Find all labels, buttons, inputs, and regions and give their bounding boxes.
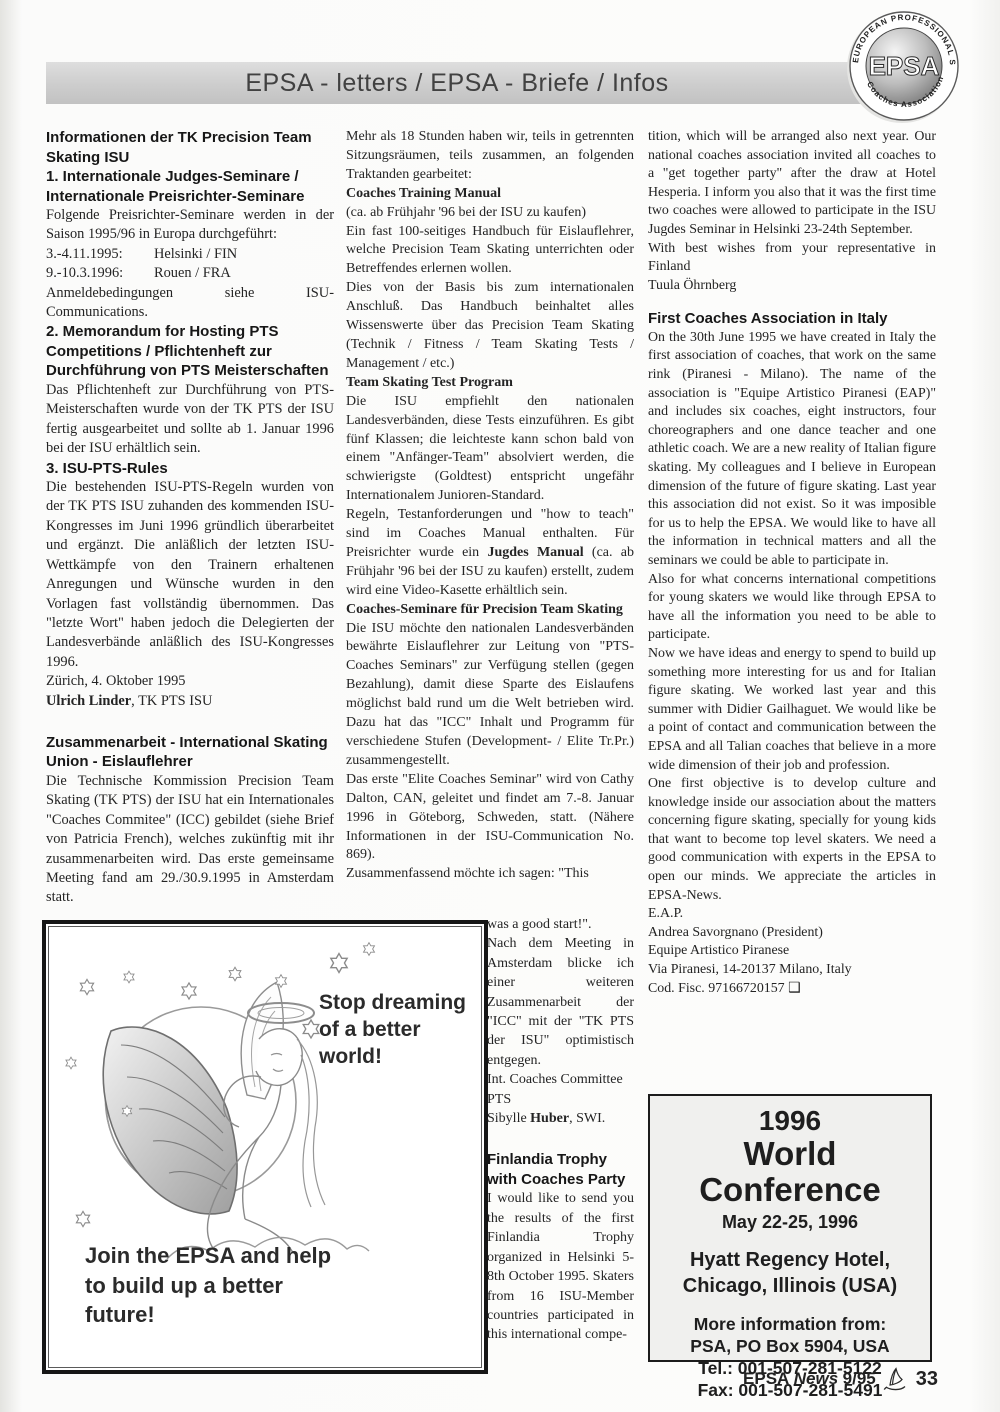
logo-monogram: EPSA (869, 51, 940, 81)
column-3: tition, which will be arranged also next… (648, 128, 936, 1088)
angel-head (256, 1029, 302, 1086)
star-icon (229, 967, 241, 981)
page-footer: EPSA News 9/95 33 (640, 1367, 938, 1391)
paragraph: Also for what concerns international com… (648, 571, 936, 645)
paragraph: Nach dem Meeting in Amsterdam blicke ich… (487, 934, 634, 1070)
paragraph: Anmeldebedingungen siehe ISU-Communicati… (46, 284, 334, 323)
signature-role: , TK PTS ISU (131, 693, 212, 709)
signature: Tuula Öhrnberg (648, 277, 936, 296)
signature: Sibylle Huber, SWI. (487, 1109, 634, 1128)
paragraph: Now we have ideas and energy to spend to… (648, 645, 936, 775)
section-title: Finlandia Trophy with Coaches Party (487, 1150, 634, 1189)
subheading: Team Skating Test Program (346, 374, 634, 393)
paragraph: Die Technische Kommission Precision Team… (46, 772, 334, 908)
signature-role: , SWI. (569, 1111, 605, 1126)
seminar-date: 9.-10.3.1996: (46, 264, 154, 283)
newsletter-page: EPSA - letters / EPSA - Briefe / Infos E… (0, 0, 1000, 1412)
star-icon (80, 979, 93, 994)
star-icon (124, 971, 134, 983)
epsa-membership-ad: Stop dreaming of a better world! Join th… (42, 920, 488, 1374)
contact-line: Andrea Savorgnano (President) (648, 924, 936, 943)
world-conference-box: 1996 World Conference May 22-25, 1996 Hy… (648, 1094, 932, 1362)
paragraph: Dies von der Basis bis zum international… (346, 279, 634, 374)
subheading: 3. ISU-PTS-Rules (46, 459, 334, 479)
paragraph: (ca. ab Frühjahr '96 bei der ISU zu kauf… (346, 204, 634, 223)
footer-news-label: News (794, 1369, 838, 1389)
footer-issue: 9/95 (843, 1369, 876, 1389)
conference-year: 1996 (650, 1106, 930, 1136)
paragraph: Die ISU möchte den nationalen Landesverb… (346, 620, 634, 771)
contact-line: Via Piranesi, 14-20137 Milano, Italy (648, 961, 936, 980)
wing-left (103, 1027, 237, 1214)
conference-title: World Conference (650, 1136, 930, 1208)
section-title: Informationen der TK Precision Team Skat… (46, 128, 334, 167)
venue-line: Chicago, Illinois (USA) (650, 1273, 930, 1299)
footer-brand: EPSA (743, 1369, 789, 1389)
paragraph: Regeln, Testanforderungen und "how to te… (346, 506, 634, 601)
ad-call-to-action: Join the EPSA and help to build up a bet… (85, 1241, 335, 1330)
signature-text: Sibylle (487, 1111, 530, 1126)
star-icon (66, 1057, 76, 1069)
paragraph: Mehr als 18 Stunden haben wir, teils in … (346, 128, 634, 185)
seminar-date-row: 3.-4.11.1995:Helsinki / FIN (46, 245, 334, 264)
paragraph: Die bestehenden ISU-PTS-Regeln wurden vo… (46, 478, 334, 672)
paragraph: Int. Coaches Committee PTS (487, 1070, 634, 1109)
subheading: 1. Internationale Judges-Seminare / Inte… (46, 167, 334, 206)
header-bar: EPSA - letters / EPSA - Briefe / Infos (46, 62, 868, 104)
signature: E.A.P. (648, 905, 936, 924)
paragraph: Das Pflichtenheft zur Durchführung von P… (46, 381, 334, 459)
paragraph: Zusammenfassend möchte ich sagen: "This (346, 865, 634, 884)
ad-slogan: Stop dreaming of a better world! (319, 989, 479, 1070)
signature-name: Huber (530, 1111, 569, 1126)
paragraph: was a good start!". (487, 915, 634, 934)
paragraph: I would like to send you the results of … (487, 1189, 634, 1344)
skate-icon (882, 1367, 908, 1391)
paragraph: tition, which will be arranged also next… (648, 128, 936, 240)
subheading: 2. Memorandum for Hosting PTS Competitio… (46, 322, 334, 381)
paragraph: With best wishes from your representativ… (648, 240, 936, 277)
paragraph: Folgende Preisrichter-Seminare werden in… (46, 206, 334, 245)
page-number: 33 (916, 1368, 938, 1391)
dateline: Zürich, 4. Oktober 1995 (46, 672, 334, 691)
contact-line: PSA, PO Box 5904, USA (650, 1335, 930, 1357)
paragraph: Die ISU empfiehlt den nationalen Landesv… (346, 393, 634, 506)
section-title: First Coaches Association in Italy (648, 309, 936, 329)
paragraph: On the 30th June 1995 we have created in… (648, 329, 936, 571)
signature-name: Ulrich Linder (46, 693, 131, 709)
paragraph: Ein fast 100-seitiges Handbuch für Eisla… (346, 223, 634, 280)
star-icon (303, 1020, 319, 1038)
star-icon (331, 954, 347, 973)
subheading: Coaches Training Manual (346, 185, 634, 204)
seminar-date: 3.-4.11.1995: (46, 245, 154, 264)
contact-line: More information from: (650, 1313, 930, 1335)
signature: Ulrich Linder, TK PTS ISU (46, 692, 334, 711)
venue-line: Hyatt Regency Hotel, (650, 1247, 930, 1273)
column-1: Informationen der TK Precision Team Skat… (46, 128, 334, 918)
epsa-logo: EUROPEAN PROFESSIONAL SKATING Coaches As… (846, 8, 962, 126)
star-icon (182, 983, 196, 999)
column-2-narrow: was a good start!". Nach dem Meeting in … (487, 915, 634, 1365)
conference-dates: May 22-25, 1996 (650, 1211, 930, 1233)
ad-inner-border: Stop dreaming of a better world! Join th… (48, 926, 482, 1368)
contact-line: Equipe Artistico Piranese (648, 942, 936, 961)
seminar-location: Helsinki / FIN (154, 245, 237, 264)
paragraph: One first objective is to develop cultur… (648, 775, 936, 905)
seminar-date-row: 9.-10.3.1996:Rouen / FRA (46, 264, 334, 283)
star-icon (364, 943, 375, 956)
contact-line: Cod. Fisc. 97166720157 ❑ (648, 980, 936, 999)
column-2: Mehr als 18 Stunden haben wir, teils in … (346, 128, 634, 916)
page-title: EPSA - letters / EPSA - Briefe / Infos (245, 69, 668, 98)
conference-venue: Hyatt Regency Hotel, Chicago, Illinois (… (650, 1247, 930, 1299)
star-icon (76, 1211, 89, 1226)
subheading: Coaches-Seminare für Precision Team Skat… (346, 601, 634, 620)
section-title: Zusammenarbeit - International Skating U… (46, 733, 334, 772)
seminar-location: Rouen / FRA (154, 264, 231, 283)
bold-inline: Jugdes Manual (487, 545, 583, 560)
paragraph: Das erste "Elite Coaches Seminar" wird v… (346, 771, 634, 866)
